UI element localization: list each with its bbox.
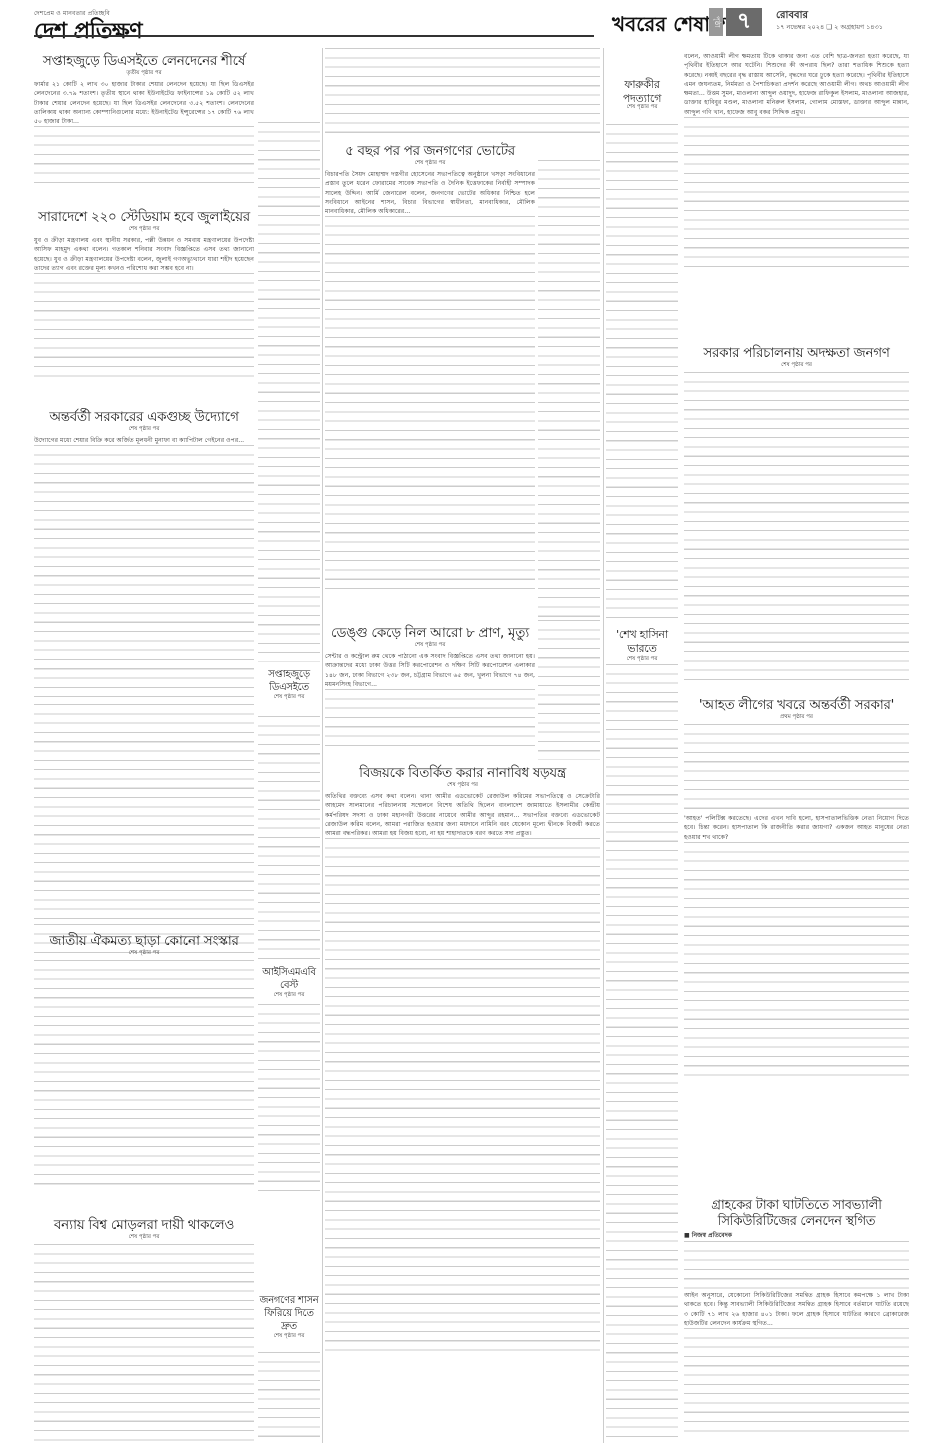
article-awami-league-crimes: বলেন, আওয়ামী লীগ ক্ষমতায় টিকে থাকার জন… bbox=[684, 48, 909, 338]
article-headline: অন্তর্বর্তী সরকারের একগুচ্ছ উদ্যোগে bbox=[34, 408, 254, 426]
article-govt-inefficiency: সরকার পরিচালনায় অদক্ষতা জনগণ শেষ পৃষ্ঠা… bbox=[684, 340, 909, 690]
article-icmab-best: আইসিএমএবি বেস্ট শেষ পৃষ্ঠার পর bbox=[258, 962, 320, 1002]
jump-line: শেষ পৃষ্ঠার পর bbox=[258, 694, 320, 702]
article-headline: জাতীয় ঐকমত্য ছাড়া কোনো সংস্কার bbox=[34, 932, 254, 950]
article-continuation bbox=[34, 704, 254, 924]
article-body bbox=[684, 724, 909, 814]
article-headline: ৫ বছর পর পর জনগণের ভোটের bbox=[325, 142, 535, 160]
article-farooki-resign: ফারুকীর পদত্যাগে bbox=[606, 48, 678, 104]
column-divider bbox=[322, 48, 323, 1443]
article-body-continued bbox=[34, 126, 254, 186]
article-dse-week: সপ্তাহজুড়ে ডিএসইতে শেষ পৃষ্ঠার পর bbox=[258, 664, 320, 714]
jump-line: তৃতীয় পৃষ্ঠার পর bbox=[34, 70, 254, 78]
jump-line: শেষ পৃষ্ঠার পর bbox=[258, 1333, 320, 1341]
article-national-unity-reform: জাতীয় ঐকমত্য ছাড়া কোনো সংস্কার শেষ পৃষ… bbox=[34, 928, 254, 1212]
article-interim-govt-initiative: অন্তর্বর্তী সরকারের একগুচ্ছ উদ্যোগে শেষ … bbox=[34, 404, 254, 704]
article-continuation-narrow bbox=[258, 122, 320, 662]
jump-line: শেষ পৃষ্ঠার পর bbox=[606, 656, 678, 664]
article-dengue-8-deaths: ডেঙ্গু কেড়ে নিল আরো ৮ প্রাণ, মৃত্যু শেষ… bbox=[325, 620, 535, 760]
article-body bbox=[258, 1352, 320, 1442]
article-controversy-conspiracy: বিজয়কে বিতর্কিত করার নানাবিধ ষড়যন্ত্র … bbox=[325, 760, 600, 1440]
jump-line: শেষ পৃষ্ঠার পর bbox=[34, 226, 254, 234]
article-body: বিচারপতি সৈয়দ মোহাম্মদ দস্তগীর হোসেনের … bbox=[325, 170, 535, 216]
article-continuation-narrow bbox=[538, 620, 600, 760]
jump-line: শেষ পৃষ্ঠার পর bbox=[258, 992, 320, 1000]
article-body-continued bbox=[325, 838, 600, 1358]
article-body bbox=[258, 716, 320, 966]
article-headline: 'শেখ হাসিনা ভারতে bbox=[606, 628, 678, 656]
newspaper-logo: দেশপ্রেম ও মানবতার প্রতিচ্ছবি দেশ প্রতিক… bbox=[34, 8, 142, 43]
article-body-continued bbox=[684, 117, 909, 267]
article-headline: সরকার পরিচালনায় অদক্ষতা জনগণ bbox=[684, 344, 909, 362]
article-headline: সপ্তাহজুড়ে ডিএসইতে bbox=[258, 668, 320, 694]
article-headline: সারাদেশে ২২০ স্টেডিয়াম হবে জুলাইয়ের bbox=[34, 208, 254, 226]
article-body bbox=[684, 1241, 909, 1291]
article-body-continued bbox=[325, 216, 535, 596]
article-headline: বন্যায় বিশ্ব মোড়লরা দায়ী থাকলেও bbox=[34, 1216, 254, 1234]
article-headline: 'আহত লীগের খবরে অন্তর্বর্তী সরকার' bbox=[684, 696, 909, 714]
jump-line: শেষ পৃষ্ঠার পর bbox=[325, 642, 535, 650]
article-body: সেন্টার ও কন্ট্রোল রুম থেকে পাঠানো এক সং… bbox=[325, 652, 535, 689]
column-divider bbox=[603, 48, 604, 1443]
jump-line: শেষ পৃষ্ঠার পর bbox=[325, 782, 600, 790]
masthead-rule bbox=[34, 35, 594, 37]
article-continuation-narrow bbox=[538, 160, 600, 620]
jump-line: শেষ পৃষ্ঠার পর bbox=[34, 950, 254, 958]
article-body-continued bbox=[684, 842, 909, 1082]
article-stadium-220: সারাদেশে ২২০ স্টেডিয়াম হবে জুলাইয়ের শে… bbox=[34, 204, 254, 404]
article-body bbox=[684, 372, 909, 682]
article-headline: বিজয়কে বিতর্কিত করার নানাবিধ ষড়যন্ত্র bbox=[325, 764, 600, 782]
article-body bbox=[258, 1004, 320, 1194]
article-body-continued bbox=[34, 273, 254, 383]
article-farooki-jump: শেষ পৃষ্ঠার পর bbox=[606, 104, 678, 124]
article-dse-weekly-top: সপ্তাহজুড়ে ডিএসইতে লেনদেনের শীর্ষে তৃতী… bbox=[34, 48, 254, 204]
article-body bbox=[606, 664, 678, 1444]
article-headline: আইসিএমএবি বেস্ট bbox=[258, 966, 320, 992]
jump-line: শেষ পৃষ্ঠার পর bbox=[325, 160, 535, 168]
article-body-excerpt: আইন অনুসারে, যেকোনো সিকিউরিটিজের সমন্বিত… bbox=[684, 1291, 909, 1328]
article-body bbox=[34, 960, 254, 1190]
article-body: উদ্যোগের মধ্যে শেয়ার বিক্রি করে অর্জিত … bbox=[34, 436, 254, 445]
jump-line: প্রথম পৃষ্ঠার পর bbox=[684, 714, 909, 722]
article-body-continued bbox=[684, 1328, 909, 1438]
article-sabvalley-securities: গ্রাহকের টাকা ঘাটতিতে সাবভ্যালী সিকিউরিট… bbox=[684, 1194, 909, 1449]
article-headline: জনগণের শাসন ফিরিয়ে দিতে দ্রুত bbox=[258, 1294, 320, 1333]
article-headline: ডেঙ্গু কেড়ে নিল আরো ৮ প্রাণ, মৃত্যু bbox=[325, 624, 535, 642]
article-body: বলেন, আওয়ামী লীগ ক্ষমতায় টিকে থাকার জন… bbox=[684, 52, 909, 117]
article-continuation bbox=[325, 48, 600, 138]
article-vote-after-5-years: ৫ বছর পর পর জনগণের ভোটের শেষ পৃষ্ঠার পর … bbox=[325, 138, 535, 618]
page-label: পৃষ্ঠা bbox=[709, 8, 723, 36]
article-body: যুব ও ক্রীড়া মন্ত্রণালয় এবং স্থানীয় স… bbox=[34, 236, 254, 273]
article-awami-injured-interim: 'আহত লীগের খবরে অন্তর্বর্তী সরকার' প্রথম… bbox=[684, 692, 909, 1092]
article-headline: গ্রাহকের টাকা ঘাটতিতে সাবভ্যালী সিকিউরিট… bbox=[684, 1198, 909, 1230]
article-body-continued bbox=[34, 445, 254, 704]
logo-text: দেশ প্রতিক্ষণ bbox=[34, 19, 142, 43]
article-body-excerpt: 'আহত' পলিটিক্স করতেছে। এদের এখন দাবি হলো… bbox=[684, 814, 909, 842]
article-body bbox=[34, 1244, 254, 1444]
article-body: অতিথির বক্তব্যে এসব কথা বলেন। থানা আমীর … bbox=[325, 792, 600, 838]
byline: ■ নিজস্ব প্রতিবেদক bbox=[684, 1230, 909, 1241]
page-number: ৭ bbox=[726, 8, 762, 36]
article-body bbox=[606, 124, 678, 624]
masthead: দেশপ্রেম ও মানবতার প্রতিচ্ছবি দেশ প্রতিক… bbox=[0, 0, 945, 48]
article-hasina-india: 'শেখ হাসিনা ভারতে শেষ পৃষ্ঠার পর bbox=[606, 624, 678, 664]
jump-line: শেষ পৃষ্ঠার পর bbox=[606, 104, 678, 112]
article-headline: সপ্তাহজুড়ে ডিএসইতে লেনদেনের শীর্ষে bbox=[34, 52, 254, 70]
article-body: ফার্মার ২১ কোটি ২ লাখ ৩০ হাজার টাকার শেয… bbox=[34, 80, 254, 126]
jump-line: শেষ পৃষ্ঠার পর bbox=[34, 426, 254, 434]
article-restore-governance: জনগণের শাসন ফিরিয়ে দিতে দ্রুত শেষ পৃষ্ঠ… bbox=[258, 1290, 320, 1350]
article-headline: ফারুকীর পদত্যাগে bbox=[606, 78, 678, 104]
issue-date: ১৭ নভেম্বর ২০২৪ ❑ ২ অগ্রহায়ণ ১৪৩১ bbox=[776, 22, 883, 33]
jump-line: শেষ পৃষ্ঠার পর bbox=[684, 362, 909, 370]
article-flood-world-leaders: বন্যায় বিশ্ব মোড়লরা দায়ী থাকলেও শেষ প… bbox=[34, 1212, 254, 1448]
article-body-continued bbox=[325, 689, 535, 749]
jump-line: শেষ পৃষ্ঠার পর bbox=[34, 1234, 254, 1242]
